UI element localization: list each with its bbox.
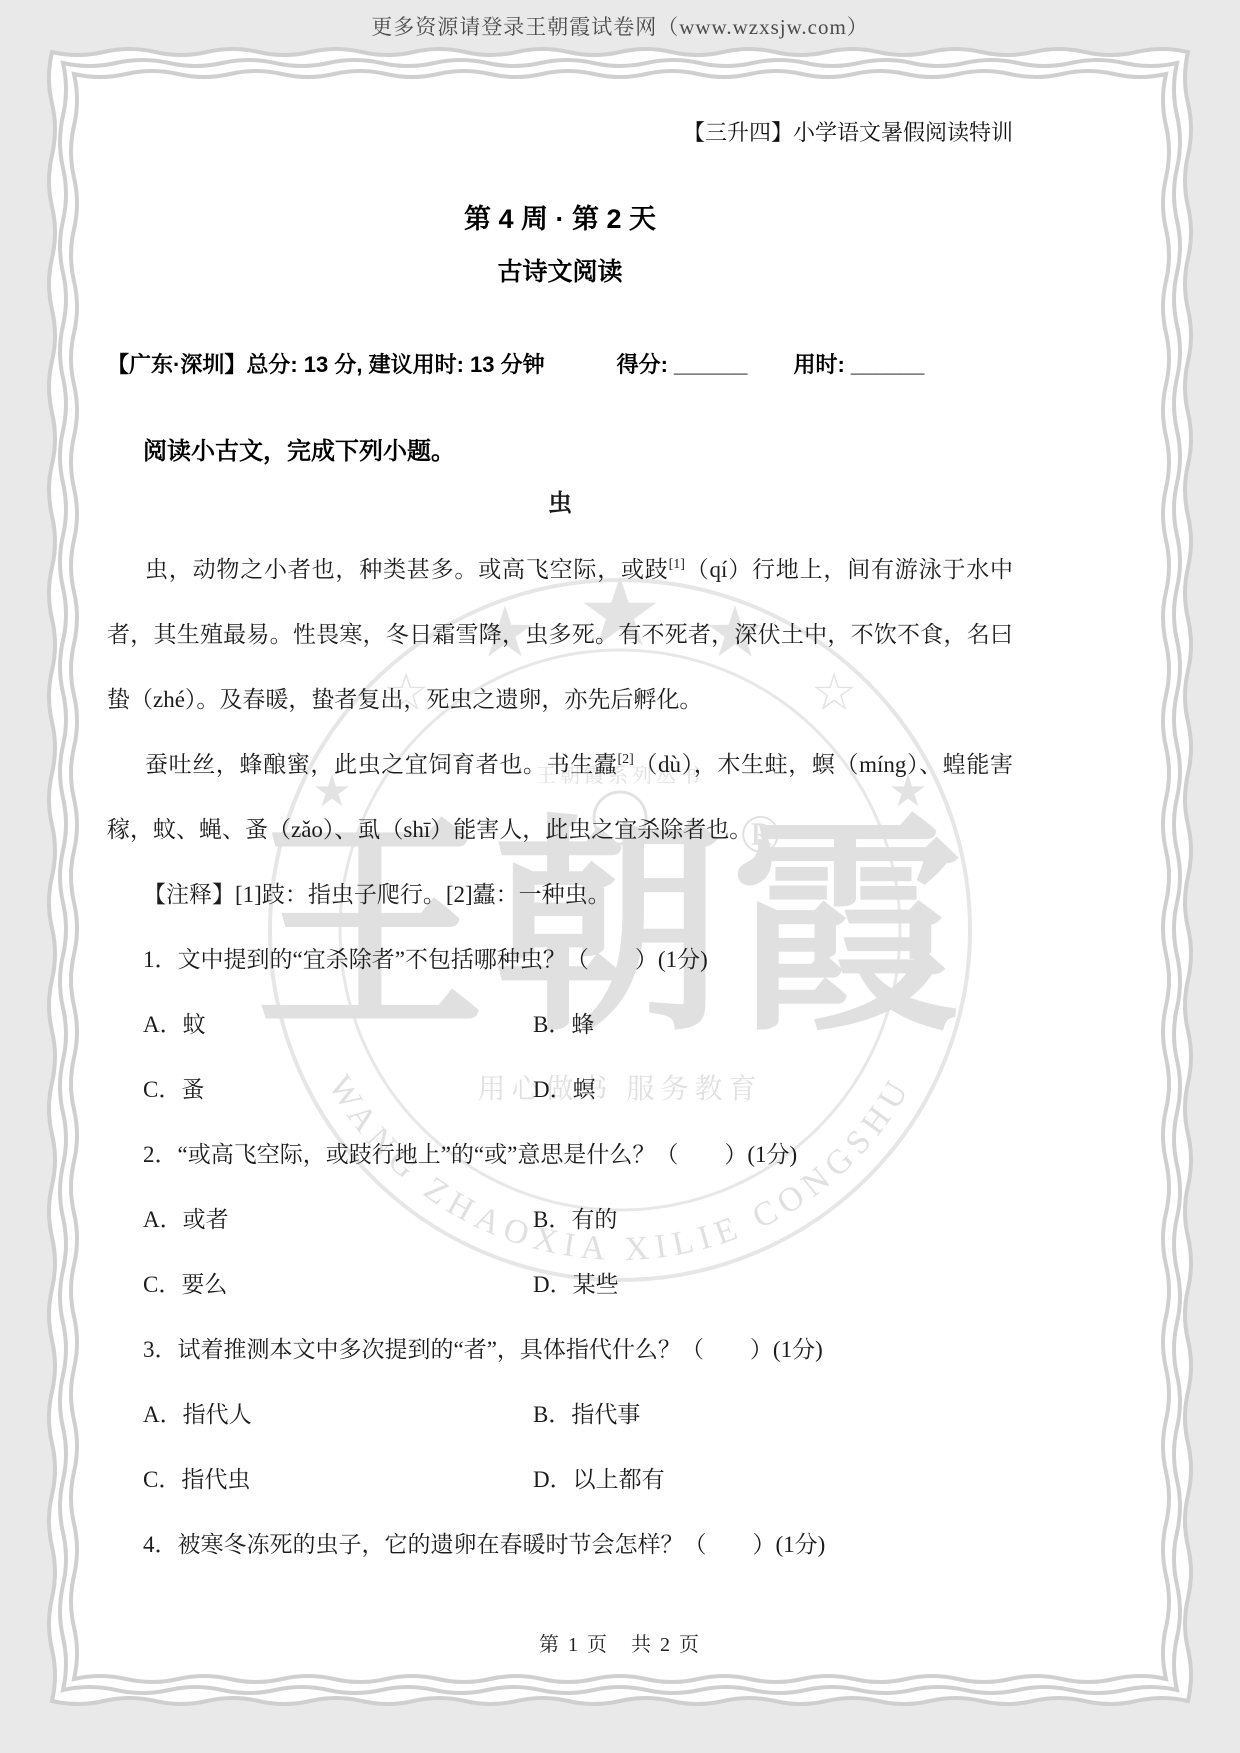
page-indicator: 第 1 页 共 2 页 — [0, 1628, 1240, 1657]
page-content: 【三升四】小学语文暑假阅读特训 第 4 周 · 第 2 天 古诗文阅读 【广东·… — [107, 88, 1013, 1577]
instruction: 阅读小古文，完成下列小题。 — [107, 431, 1013, 466]
score-blank: 得分: ______ — [617, 348, 748, 379]
option-d: D．螟 — [533, 1057, 1013, 1122]
option-c: C．指代虫 — [143, 1447, 533, 1512]
option-c: C．蚤 — [143, 1057, 533, 1122]
option-c: C．要么 — [143, 1252, 533, 1317]
time-blank: 用时: ______ — [793, 348, 924, 379]
lesson-title: 第 4 周 · 第 2 天 — [107, 197, 1013, 236]
passage-paragraph-1: 虫，动物之小者也，种类甚多。或高飞空际，或跂[1]（qí）行地上，间有游泳于水中… — [107, 537, 1013, 732]
worksheet-page: 更多资源请登录王朝霞试卷网（www.wzxsjw.com） ★ ☆ ★ ★ ★ … — [0, 0, 1240, 1753]
info-bar: 【广东·深圳】总分: 13 分, 建议用时: 13 分钟 得分: ______ … — [107, 348, 1013, 379]
question-stem: 3．试着推测本文中多次提到的“者”，具体指代什么？（ ）(1分) — [107, 1317, 1013, 1382]
option-a: A．或者 — [143, 1187, 533, 1252]
footnote-marker-2: [2] — [617, 752, 633, 767]
passage-title: 虫 — [107, 472, 1013, 537]
series-label: 【三升四】小学语文暑假阅读特训 — [107, 116, 1013, 147]
question-4: 4．被寒冬冻死的虫子，它的遗卵在春暖时节会怎样？（ ）(1分) — [107, 1512, 1013, 1577]
score-summary: 【广东·深圳】总分: 13 分, 建议用时: 13 分钟 — [107, 348, 545, 379]
paragraph-text: 虫，动物之小者也，种类甚多。或高飞空际，或跂 — [145, 557, 669, 582]
option-d: D．某些 — [533, 1252, 1013, 1317]
option-b: B．指代事 — [533, 1382, 1013, 1447]
footnote-marker-1: [1] — [669, 557, 685, 572]
passage-and-questions: 虫 虫，动物之小者也，种类甚多。或高飞空际，或跂[1]（qí）行地上，间有游泳于… — [107, 472, 1013, 1577]
passage-paragraph-2: 蚕吐丝，蜂酿蜜，此虫之宜饲育者也。书生蠹[2]（dù），木生蛀，螟（míng）、… — [107, 732, 1013, 862]
option-d: D．以上都有 — [533, 1447, 1013, 1512]
paragraph-text: 蚕吐丝，蜂酿蜜，此虫之宜饲育者也。书生蠹 — [145, 752, 617, 777]
question-2: 2．“或高飞空际，或跂行地上”的“或”意思是什么？（ ）(1分) A．或者 B．… — [107, 1122, 1013, 1317]
option-a: A．蚊 — [143, 992, 533, 1057]
question-options: A．或者 B．有的 C．要么 D．某些 — [107, 1187, 1013, 1317]
question-stem: 2．“或高飞空际，或跂行地上”的“或”意思是什么？（ ）(1分) — [107, 1122, 1013, 1187]
footnote: 【注释】[1]跂：指虫子爬行。[2]蠹：一种虫。 — [107, 862, 1013, 927]
question-stem: 4．被寒冬冻死的虫子，它的遗卵在春暖时节会怎样？（ ）(1分) — [107, 1512, 1013, 1577]
lesson-subtitle: 古诗文阅读 — [107, 252, 1013, 288]
question-options: A．指代人 B．指代事 C．指代虫 D．以上都有 — [107, 1382, 1013, 1512]
question-options: A．蚊 B．蜂 C．蚤 D．螟 — [107, 992, 1013, 1122]
option-b: B．有的 — [533, 1187, 1013, 1252]
site-notice: 更多资源请登录王朝霞试卷网（www.wzxsjw.com） — [0, 11, 1240, 41]
option-a: A．指代人 — [143, 1382, 533, 1447]
question-1: 1．文中提到的“宜杀除者”不包括哪种虫？（ ）(1分) A．蚊 B．蜂 C．蚤 … — [107, 927, 1013, 1122]
option-b: B．蜂 — [533, 992, 1013, 1057]
question-stem: 1．文中提到的“宜杀除者”不包括哪种虫？（ ）(1分) — [107, 927, 1013, 992]
question-3: 3．试着推测本文中多次提到的“者”，具体指代什么？（ ）(1分) A．指代人 B… — [107, 1317, 1013, 1512]
